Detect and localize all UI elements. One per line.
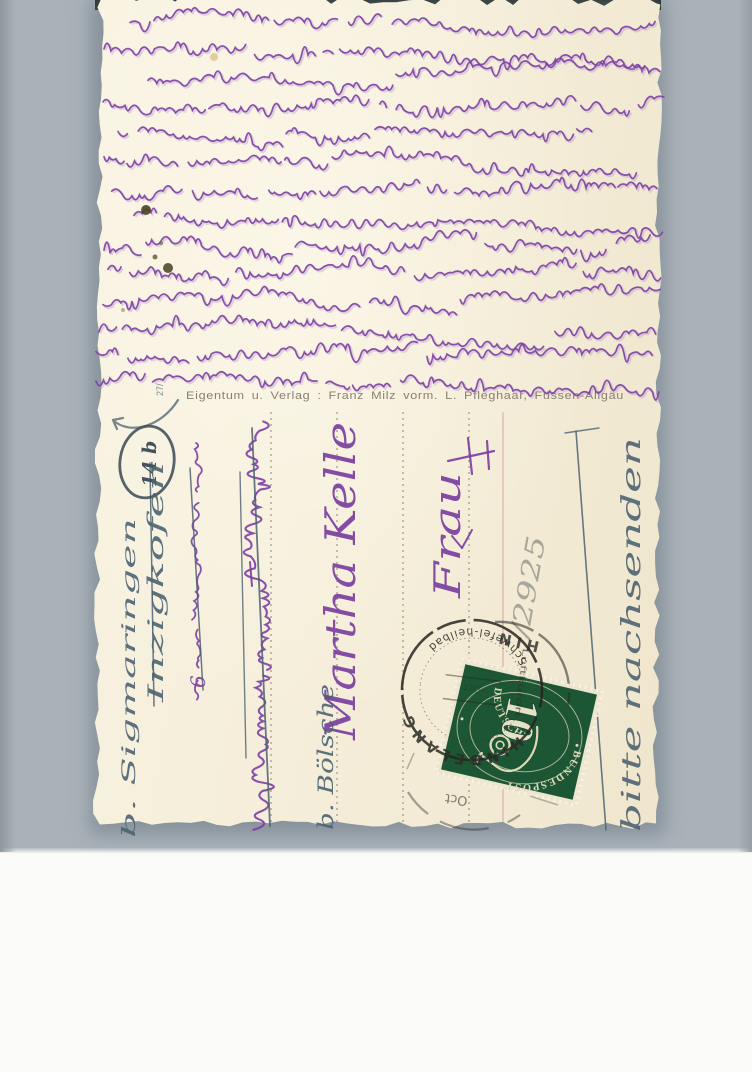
pencil-arrow (113, 400, 178, 429)
paper-stain (163, 263, 173, 273)
message-line-echo (110, 257, 663, 286)
series-number: 27/ (155, 383, 165, 396)
message-line-echo (106, 44, 662, 75)
strike-stroke (250, 562, 252, 586)
message-line-echo (120, 128, 605, 152)
paper-stain (141, 205, 151, 215)
postmark-date: Oct (463, 681, 482, 694)
paper-stain (210, 53, 218, 61)
message-line (134, 208, 663, 238)
crossed-address-scribble (244, 422, 274, 830)
house-number-handwriting: 6 (186, 675, 210, 688)
strike-stroke (190, 468, 203, 690)
message-handwriting (96, 8, 665, 402)
paper-stain (159, 241, 163, 245)
strike-stroke (565, 428, 599, 433)
message-line (103, 284, 660, 315)
paper-stain (121, 308, 125, 312)
pencil-note-handwriting: /2925 (505, 534, 553, 644)
message-line-echo (135, 210, 664, 240)
strike-stroke (487, 441, 489, 469)
forwarding-note-handwriting: bitte nachsenden (617, 437, 647, 832)
district-handwriting: b. Sigmaringen (118, 518, 140, 838)
care-of-handwriting: b. Bölsche (314, 684, 338, 830)
postcard-artwork-layer: Eigentum u. Verlag : Franz Milz vorm. L.… (0, 0, 752, 1072)
paper-stain (153, 255, 158, 260)
message-line-echo (150, 58, 647, 97)
strike-stroke (240, 472, 246, 758)
postcard-scan: Eigentum u. Verlag : Franz Milz vorm. L.… (0, 0, 752, 1072)
message-line-echo (105, 97, 666, 119)
recipient-title-handwriting: Frau (428, 472, 469, 599)
message-line (99, 315, 656, 349)
message-line-echo (132, 9, 657, 39)
message-line (112, 178, 657, 201)
place-handwriting: Inzigkofen (144, 462, 168, 704)
postmark-date-fragment: Oct (444, 790, 468, 808)
